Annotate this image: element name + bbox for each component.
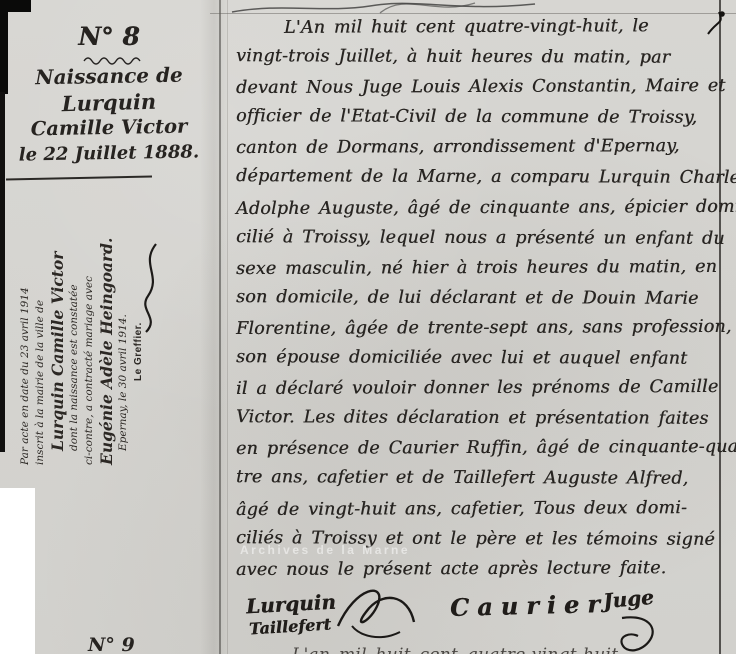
- signature-caurier: Caurier: [450, 589, 608, 622]
- note-line: inscrit à la mairie de la ville de: [33, 205, 48, 465]
- note-line: Epernay, le 30 avril 1914.: [116, 205, 131, 451]
- margin-title-line: Naissance de: [6, 62, 212, 90]
- margin-title-line: Camille Victor: [6, 114, 212, 141]
- scan-edge-strip-lower: [0, 92, 5, 452]
- scanned-register-page: N° 8 Naissance de Lurquin Camille Victor…: [0, 0, 736, 654]
- margin-rule-line: [219, 0, 221, 654]
- act-line: tre ans, cafetier et de Taillefert Augus…: [236, 468, 722, 500]
- signature-juge: Juge: [602, 585, 655, 613]
- act-line: L'An mil huit cent quatre-vingt-huit, le: [236, 16, 722, 48]
- margin-underline: [6, 175, 152, 180]
- margin-rule-line-faint: [227, 0, 228, 654]
- archive-watermark: Archives de la Marne: [240, 543, 410, 557]
- act-line: canton de Dormans, arrondissement d'Eper…: [236, 136, 722, 168]
- note-line: Eugénie Adèle Heingoard.: [97, 205, 116, 465]
- act-number: N° 8: [6, 22, 212, 51]
- blank-cutout-region: [0, 488, 35, 654]
- note-line: ci-contre, a contracté mariage avec: [82, 205, 97, 465]
- act-line: il a déclaré vouloir donner les prénoms …: [236, 377, 722, 409]
- act-line: Adolphe Auguste, âgé de cinquante ans, é…: [236, 197, 722, 229]
- act-line: officier de l'Etat-Civil de la commune d…: [236, 106, 722, 138]
- note-paraph-flourish: [136, 240, 164, 336]
- act-line: Florentine, âgée de trente-sept ans, san…: [236, 317, 722, 349]
- act-line: âgé de vingt-huit ans, cafetier, Tous de…: [236, 497, 722, 529]
- act-line: département de la Marne, a comparu Lurqu…: [236, 167, 722, 199]
- act-line: vingt-trois Juillet, à huit heures du ma…: [236, 46, 722, 78]
- marginal-note: Par acte en date du 23 avril 1914 inscri…: [18, 205, 152, 465]
- act-line: Victor. Les dites déclaration et présent…: [236, 407, 722, 439]
- previous-signature-flourish: [230, 0, 540, 15]
- act-line: devant Nous Juge Louis Alexis Constantin…: [236, 76, 722, 108]
- note-line: Par acte en date du 23 avril 1914: [18, 205, 33, 465]
- scan-edge-corner: [0, 0, 31, 12]
- signature-taillefert: Taillefert: [248, 615, 331, 639]
- note-line: dont la naissance est constatée: [67, 205, 82, 451]
- act-line: cilié à Troissy, lequel nous a présenté …: [236, 227, 722, 259]
- act-line: en présence de Caurier Ruffin, âgé de ci…: [236, 437, 722, 469]
- margin-title-line: Lurquin: [6, 87, 213, 117]
- next-act-first-line: L'an mil huit cent quatre-vingt-huit: [292, 645, 732, 654]
- margin-title-line: le 22 Juillet 1888.: [6, 141, 212, 166]
- act-text: L'An mil huit cent quatre-vingt-huit, le…: [236, 17, 722, 589]
- signature-paraph-flourish: [330, 578, 422, 642]
- act-line: son domicile, de lui déclarant et de Dou…: [236, 287, 722, 319]
- act-line: sexe masculin, né hier à trois heures du…: [236, 257, 722, 289]
- act-line: son épouse domiciliée avec lui et auquel…: [236, 347, 722, 379]
- next-act-number: N° 9: [88, 634, 135, 654]
- note-line: Lurquin Camille Victor: [48, 205, 67, 451]
- act-number-underline-squiggle: [82, 55, 148, 64]
